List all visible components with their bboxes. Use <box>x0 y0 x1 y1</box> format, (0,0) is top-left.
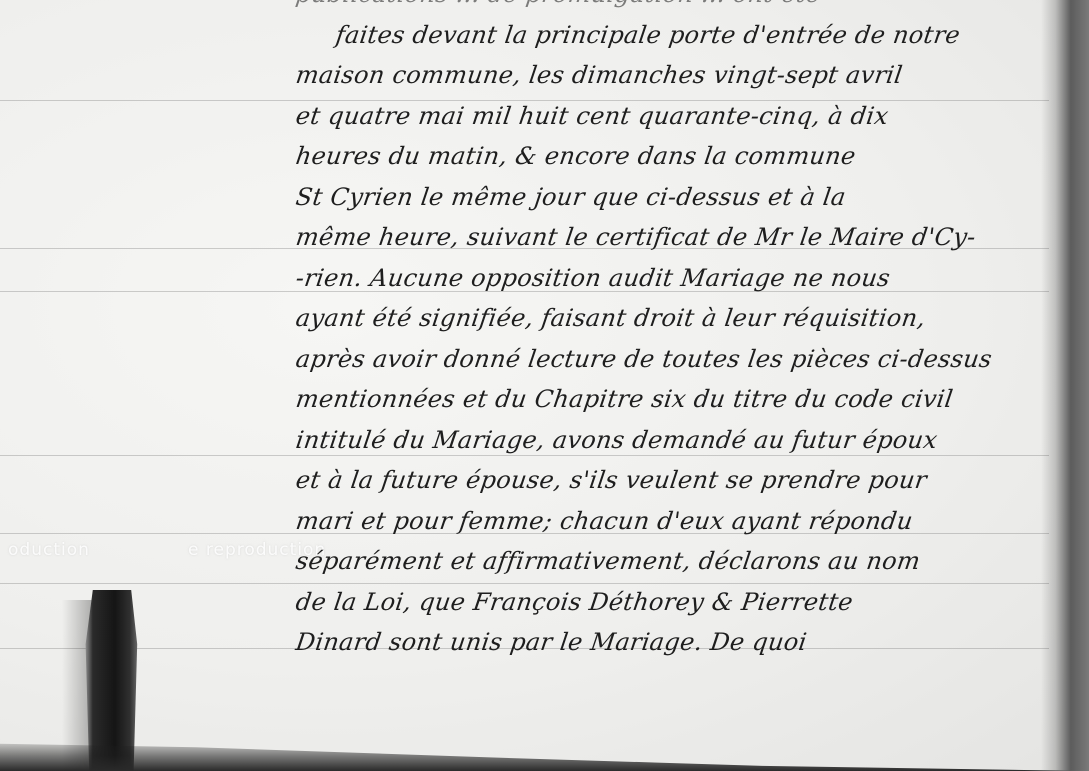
manuscript-line: et quatre mai mil huit cent quarante-cin… <box>293 96 1069 137</box>
manuscript-line: mentionnées et du Chapitre six du titre … <box>293 379 1069 420</box>
manuscript-line: mari et pour femme; chacun d'eux ayant r… <box>293 501 1069 542</box>
manuscript-line: intitulé du Mariage, avons demandé au fu… <box>293 420 1069 461</box>
manuscript-line: faites devant la principale porte d'entr… <box>293 15 1069 56</box>
manuscript-line: même heure, suivant le certificat de Mr … <box>293 217 1069 258</box>
manuscript-line: de la Loi, que François Déthorey & Pierr… <box>293 582 1069 623</box>
manuscript-line: publications ... de promulgation ... ont… <box>293 0 1069 15</box>
binding-shadow <box>1041 0 1089 771</box>
handwritten-text-block: publications ... de promulgation ... ont… <box>296 0 1066 663</box>
watermark-left: oduction <box>8 540 90 560</box>
manuscript-line: Dinard sont unis par le Mariage. De quoi <box>293 622 1069 663</box>
manuscript-line: -rien. Aucune opposition audit Mariage n… <box>293 258 1069 299</box>
manuscript-line: après avoir donné lecture de toutes les … <box>293 339 1069 380</box>
manuscript-line: et à la future épouse, s'ils veulent se … <box>293 460 1069 501</box>
manuscript-line: heures du matin, & encore dans la commun… <box>293 136 1069 177</box>
metal-clip <box>82 590 142 771</box>
manuscript-line: St Cyrien le même jour que ci-dessus et … <box>293 177 1069 218</box>
manuscript-line: ayant été signifiée, faisant droit à leu… <box>293 298 1069 339</box>
manuscript-line: maison commune, les dimanches vingt-sept… <box>293 55 1069 96</box>
page-bottom-edge-shadow <box>0 737 1089 771</box>
manuscript-line: séparément et affirmativement, déclarons… <box>293 541 1069 582</box>
manuscript-page: oduction e reproduction publications ...… <box>0 0 1089 771</box>
